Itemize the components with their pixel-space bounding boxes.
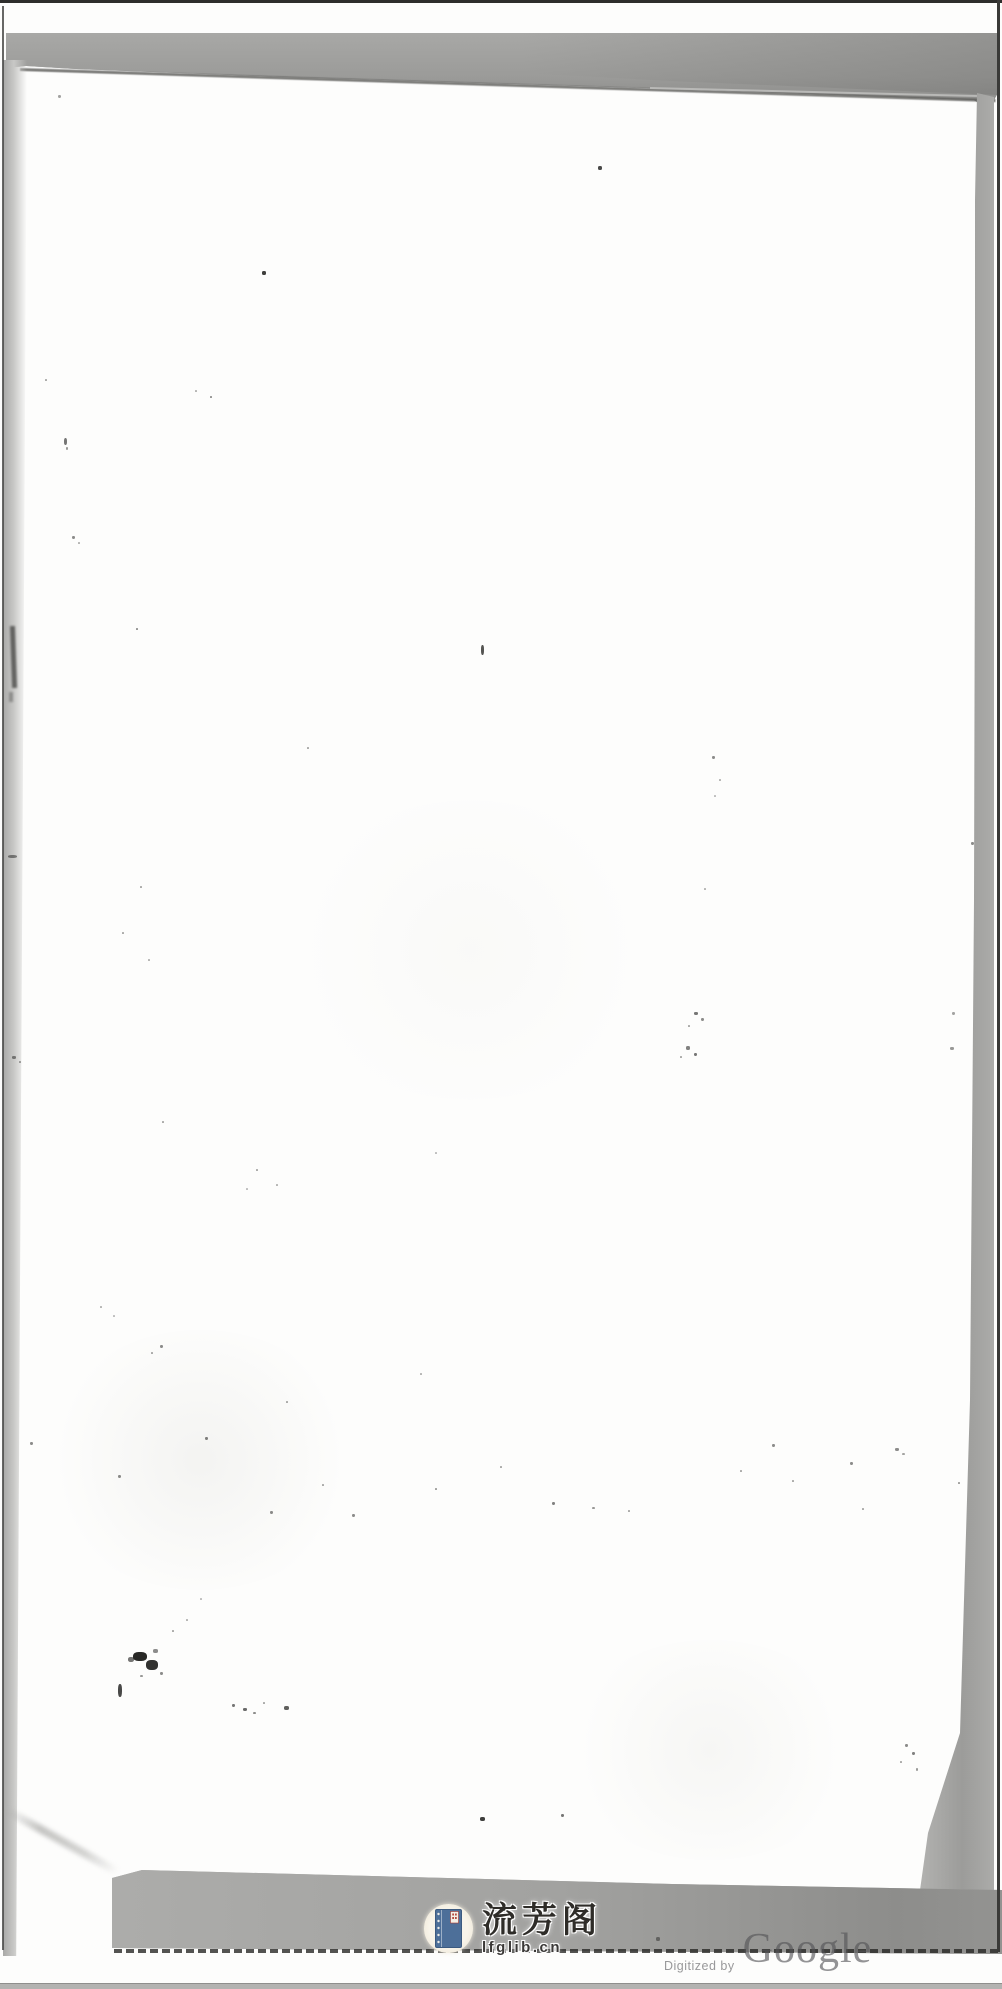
dust-speck bbox=[481, 645, 484, 655]
dust-speck bbox=[902, 1453, 905, 1455]
dust-speck bbox=[694, 1012, 698, 1015]
dust-speck bbox=[712, 756, 715, 759]
paper-mottle bbox=[280, 800, 660, 1100]
dust-speck bbox=[19, 1061, 21, 1063]
frame-right-line bbox=[997, 0, 1000, 1952]
dust-speck bbox=[592, 1507, 595, 1509]
dust-speck bbox=[895, 1448, 899, 1451]
dust-speck bbox=[172, 1630, 174, 1632]
dust-speck bbox=[8, 855, 17, 858]
dust-speck bbox=[195, 390, 197, 392]
paper-mottle bbox=[560, 1640, 860, 1860]
dust-speck bbox=[561, 1814, 564, 1817]
left-edge-smudge-small bbox=[9, 692, 13, 702]
watermark-site-url: lfglib.cn bbox=[482, 1939, 602, 1956]
dust-speck bbox=[136, 628, 138, 630]
dust-speck bbox=[160, 1345, 163, 1348]
scan-bottom-strip bbox=[0, 1983, 1002, 1989]
dust-speck bbox=[958, 1482, 960, 1484]
dust-speck bbox=[58, 95, 61, 98]
dust-speck bbox=[64, 438, 67, 445]
dust-speck bbox=[740, 1470, 742, 1472]
dust-speck bbox=[113, 1315, 115, 1317]
dust-speck bbox=[118, 1684, 122, 1697]
dust-speck bbox=[905, 1744, 908, 1747]
dust-speck bbox=[435, 1152, 437, 1154]
dust-speck bbox=[78, 542, 80, 544]
dust-speck bbox=[162, 1121, 164, 1123]
dust-speck bbox=[246, 1188, 248, 1190]
dust-speck bbox=[950, 1047, 954, 1050]
dust-speck bbox=[656, 1937, 660, 1941]
dust-speck bbox=[971, 842, 974, 845]
dust-speck bbox=[140, 886, 142, 888]
google-logo: Google bbox=[743, 1928, 873, 1970]
dust-speck bbox=[146, 1660, 158, 1670]
scanned-book-page: 流芳阁 lfglib.cn Digitized by Google bbox=[0, 0, 1002, 1989]
dust-speck bbox=[694, 1053, 697, 1056]
dust-speck bbox=[435, 1488, 437, 1490]
dust-speck bbox=[263, 1702, 265, 1704]
dust-speck bbox=[262, 271, 266, 275]
dust-speck bbox=[45, 379, 47, 381]
dust-speck bbox=[270, 1511, 273, 1514]
dust-speck bbox=[688, 1025, 690, 1027]
dust-speck bbox=[243, 1708, 247, 1711]
dust-speck bbox=[500, 1466, 502, 1468]
stitched-book-icon bbox=[435, 1909, 462, 1948]
dust-speck bbox=[772, 1444, 775, 1447]
dust-speck bbox=[352, 1514, 355, 1517]
paper-mottle bbox=[40, 1330, 360, 1590]
digitized-by-label: Digitized by bbox=[664, 1959, 735, 1973]
dust-speck bbox=[276, 1184, 278, 1186]
dust-speck bbox=[133, 1652, 147, 1661]
dust-speck bbox=[200, 1598, 202, 1600]
dust-speck bbox=[598, 166, 602, 170]
scan-left-margin bbox=[3, 60, 27, 1956]
dust-speck bbox=[714, 795, 716, 797]
dust-speck bbox=[256, 1169, 258, 1171]
dust-speck bbox=[253, 1712, 256, 1714]
dust-speck bbox=[30, 1442, 33, 1445]
frame-left-line bbox=[2, 6, 4, 1950]
dust-speck bbox=[284, 1706, 289, 1710]
dust-speck bbox=[552, 1502, 555, 1505]
dust-speck bbox=[704, 888, 706, 890]
dust-speck bbox=[322, 1484, 324, 1486]
watermark-site-name: 流芳阁 bbox=[482, 1904, 602, 1938]
dust-speck bbox=[850, 1462, 853, 1465]
scan-right-margin bbox=[920, 93, 997, 1890]
dust-speck bbox=[100, 1306, 102, 1308]
dust-speck bbox=[680, 1056, 682, 1058]
watermark-badge bbox=[424, 1904, 473, 1953]
dust-speck bbox=[900, 1761, 902, 1763]
dust-speck bbox=[480, 1817, 485, 1821]
dust-speck bbox=[122, 932, 124, 934]
dust-speck bbox=[148, 959, 150, 961]
dust-speck bbox=[286, 1401, 288, 1403]
dust-speck bbox=[186, 1619, 188, 1621]
dust-speck bbox=[307, 747, 309, 749]
dust-speck bbox=[912, 1752, 915, 1755]
dust-speck bbox=[140, 1675, 143, 1677]
dust-speck bbox=[792, 1480, 794, 1482]
dust-speck bbox=[12, 1056, 16, 1059]
dust-speck bbox=[118, 1475, 121, 1478]
dust-speck bbox=[153, 1649, 158, 1653]
dust-speck bbox=[952, 1012, 955, 1015]
digitized-by-credit: Digitized by Google bbox=[664, 1906, 872, 1948]
dust-speck bbox=[719, 779, 721, 781]
dust-speck bbox=[686, 1046, 690, 1050]
frame-top-line bbox=[0, 0, 1002, 3]
page-fold-shadow bbox=[4, 1807, 120, 1876]
dust-speck bbox=[701, 1018, 704, 1021]
dust-speck bbox=[232, 1704, 235, 1707]
dust-speck bbox=[205, 1437, 208, 1440]
dust-speck bbox=[66, 447, 68, 450]
library-watermark: 流芳阁 lfglib.cn bbox=[424, 1904, 602, 1956]
dust-speck bbox=[128, 1657, 134, 1662]
dust-speck bbox=[862, 1508, 864, 1510]
dust-speck bbox=[72, 536, 75, 539]
dust-speck bbox=[420, 1373, 422, 1375]
dust-speck bbox=[160, 1672, 163, 1675]
dust-speck bbox=[916, 1768, 918, 1771]
dust-speck bbox=[210, 396, 212, 398]
dust-speck bbox=[151, 1352, 153, 1354]
dust-speck bbox=[628, 1510, 630, 1512]
